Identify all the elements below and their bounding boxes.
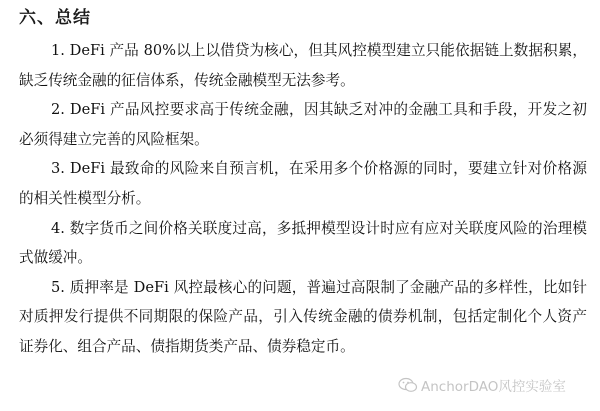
summary-item-5: 5. 质押率是 DeFi 风控最核心的问题，普遍过高限制了金融产品的多样性，比如… [19,273,587,362]
watermark: AnchorDAO风控实验室 [398,375,566,395]
summary-list: 1. DeFi 产品 80%以上以借贷为核心，但其风控模型建立只能依据链上数据积… [19,36,587,362]
summary-item-4: 4. 数字货币之间价格关联度过高，多抵押模型设计时应有应对关联度风险的治理模式做… [19,214,587,273]
summary-item-1: 1. DeFi 产品 80%以上以借贷为核心，但其风控模型建立只能依据链上数据积… [19,36,587,95]
summary-item-2: 2. DeFi 产品风控要求高于传统金融，因其缺乏对冲的金融工具和手段，开发之初… [19,95,587,154]
watermark-text: AnchorDAO风控实验室 [421,375,566,395]
section-title: 六、总结 [19,3,91,28]
summary-item-3: 3. DeFi 最致命的风险来自预言机，在采用多个价格源的同时，要建立针对价格源… [19,154,587,213]
wechat-icon [398,377,418,393]
